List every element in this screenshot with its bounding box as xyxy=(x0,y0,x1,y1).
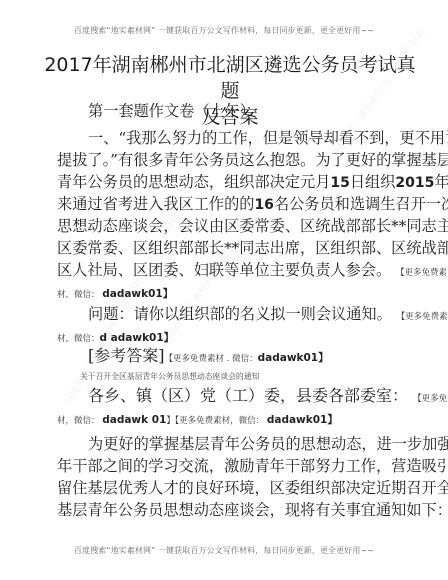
promo-tag: 【更多免费素 xyxy=(413,394,448,404)
wechat-id: dadawk 01 xyxy=(102,414,166,426)
wechat-id: dadawk01 xyxy=(102,288,163,300)
wechat-id: dadawk01 xyxy=(258,352,319,364)
promo-tag-line: 材，微信： dadawk 01】【更多免费素材，微信： dadawk01】 xyxy=(57,412,338,427)
promo-tag: 【更多免费素 xyxy=(396,268,447,278)
paragraph-line: 基层青年公务员思想动态座谈会，现将有关事宜通知如下： xyxy=(57,500,448,520)
paragraph-line: 一、“我那么努力的工作，但是领导却看不到，更不用说 xyxy=(88,128,448,148)
paragraph-line: 思想动态座谈会，会议由区委常委、区统战部部长**同志主持， xyxy=(57,216,448,236)
section-heading: 第一套题作文卷（上午） xyxy=(88,101,255,121)
question-line: 问题：请你以组织部的名义拟一则会议通知。 【更多免费素 xyxy=(88,304,448,327)
paragraph-line: 年干部之间的学习交流，激励青年干部努力工作，营造吸引、 xyxy=(57,456,448,476)
promo-tag: 【更多免费素材 . 微信：dadawk01】 xyxy=(165,354,329,364)
page-footer-note: 百度搜索“地实素材网” 一键获取百万公文写作材料，每日同步更新，更全更好用~~ xyxy=(0,545,448,556)
promo-tag-line: 材，微信： dadawk01】 xyxy=(57,286,173,301)
promo-tag: 【更多免费素 xyxy=(397,312,448,322)
paragraph-line: 区人社局、区团委、妇联等单位主要负责人参会。 【更多免费素 xyxy=(57,260,447,283)
wechat-id: d adawk01 xyxy=(100,332,164,344)
answer-label-line: [参考答案]【更多免费素材 . 微信：dadawk01】 xyxy=(88,346,329,369)
notice-title: 关于召开全区基层青年公务员思想动态座谈会的通知 xyxy=(80,371,259,382)
page-header-note: 百度搜索“地实素材网” 一键获取百万公文写作材料，每日同步更新，更全更好用~~ xyxy=(0,25,448,36)
paragraph-line: 来通过省考进入我区工作的的16名公务员和选调生召开一次 xyxy=(57,194,448,215)
wechat-id: dadawk01 xyxy=(267,414,328,426)
paragraph-line: 为更好的掌握基层青年公务员的思想动态，进一步加强青 xyxy=(88,434,448,454)
paragraph-line: 区委常委、区组织部部长**同志出席，区组织部、区统战部、 xyxy=(57,238,448,258)
title-line-1: 2017年湖南郴州市北湖区遴选公务员考试真题 xyxy=(40,52,420,104)
paragraph-line: 提拔了。”有很多青年公务员这么抱怨。为了更好的掌握基层 xyxy=(57,150,448,170)
promo-tag-line: 材，微信：d adawk01】 xyxy=(57,330,174,345)
salutation-line: 各乡、镇（区）党（工）委，县委各部委室： 【更多免费素 xyxy=(88,386,448,409)
paragraph-line: 留住基层优秀人才的良好环境，区委组织部决定近期召开全区 xyxy=(57,478,448,498)
paragraph-line: 青年公务员的思想动态，组织部决定元月15日组织2015年 xyxy=(57,172,448,193)
